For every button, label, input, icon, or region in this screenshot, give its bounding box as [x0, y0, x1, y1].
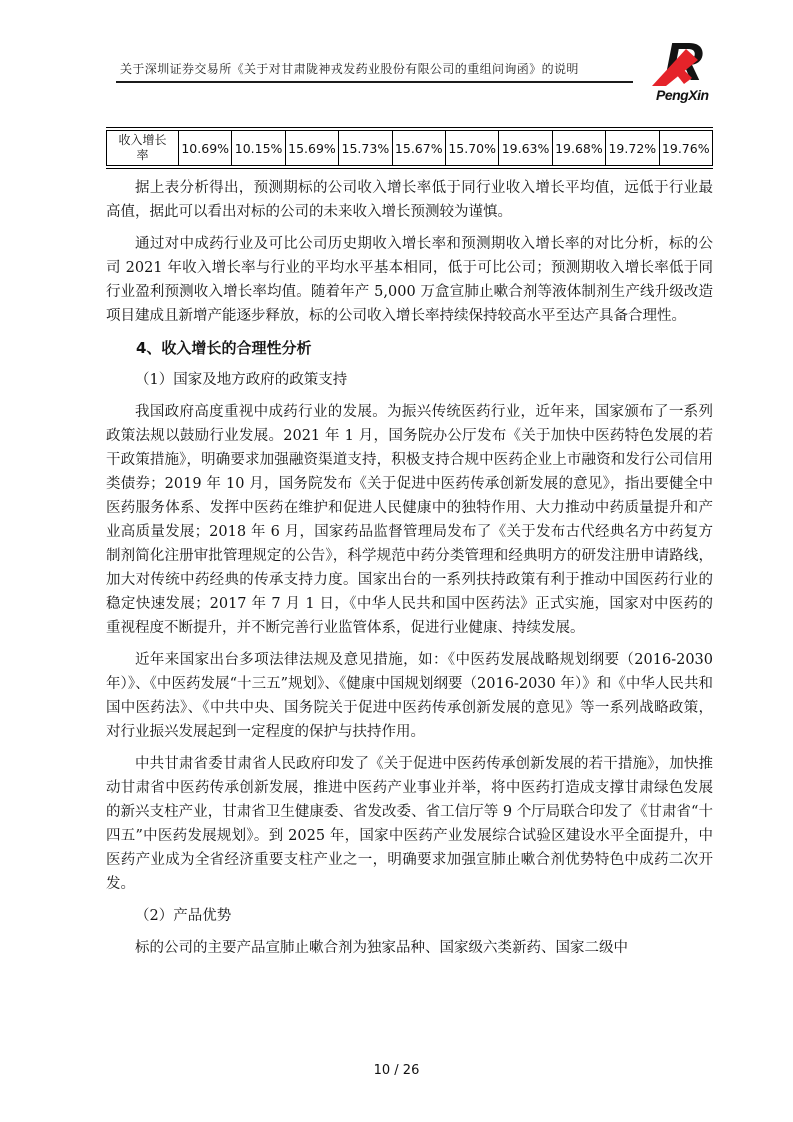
table-cell: 19.63%: [499, 129, 552, 167]
document-page: 关于深圳证券交易所《关于对甘肃陇神戎发药业股份有限公司的重组问询函》的说明 R …: [0, 0, 793, 1122]
revenue-growth-table: 收入增长率 10.69% 10.15% 15.69% 15.73% 15.67%…: [106, 127, 713, 169]
paragraph-national-policy: 我国政府高度重视中成药行业的发展。为振兴传统医药行业，近年来，国家颁布了一系列政…: [106, 400, 713, 640]
paragraph-laws-regulations: 近年来国家出台多项法律法规及意见措施，如：《中医药发展战略规划纲要（2016-2…: [106, 648, 713, 744]
paragraph-gansu-policy: 中共甘肃省委甘肃省人民政府印发了《关于促进中医药传承创新发展的若干措施》，加快推…: [106, 752, 713, 896]
table-row: 收入增长率 10.69% 10.15% 15.69% 15.73% 15.67%…: [107, 129, 713, 167]
header-rule: [116, 81, 633, 83]
table-cell: 15.67%: [392, 129, 445, 167]
pengxin-logo: R PengXin: [648, 32, 718, 104]
paragraph-comparison: 通过对中成药行业及可比公司历史期收入增长率和预测期收入增长率的对比分析，标的公司…: [106, 232, 713, 328]
table-cell: 10.15%: [232, 129, 285, 167]
section-heading-4: 4、收入增长的合理性分析: [106, 336, 713, 360]
sub-heading-product-advantage: （2）产品优势: [106, 904, 713, 928]
table-cell: 15.70%: [445, 129, 498, 167]
table-row-label: 收入增长率: [107, 129, 179, 167]
table-cell: 19.76%: [659, 129, 712, 167]
document-body: 据上表分析得出，预测期标的公司收入增长率低于同行业收入增长平均值，远低于行业最高…: [106, 176, 713, 968]
paragraph-product: 标的公司的主要产品宣肺止嗽合剂为独家品种、国家级六类新药、国家二级中: [106, 936, 713, 960]
table-cell: 19.68%: [552, 129, 605, 167]
paragraph-summary: 据上表分析得出，预测期标的公司收入增长率低于同行业收入增长平均值，远低于行业最高…: [106, 176, 713, 224]
page-number: 10 / 26: [0, 1063, 793, 1078]
header-title: 关于深圳证券交易所《关于对甘肃陇神戎发药业股份有限公司的重组问询函》的说明: [120, 60, 640, 77]
table-cell: 15.73%: [339, 129, 392, 167]
table-cell: 15.69%: [285, 129, 338, 167]
table-cell: 19.72%: [606, 129, 659, 167]
sub-heading-policy-support: （1）国家及地方政府的政策支持: [106, 368, 713, 392]
logo-wordmark: PengXin: [656, 87, 709, 103]
table-cell: 10.69%: [179, 129, 232, 167]
